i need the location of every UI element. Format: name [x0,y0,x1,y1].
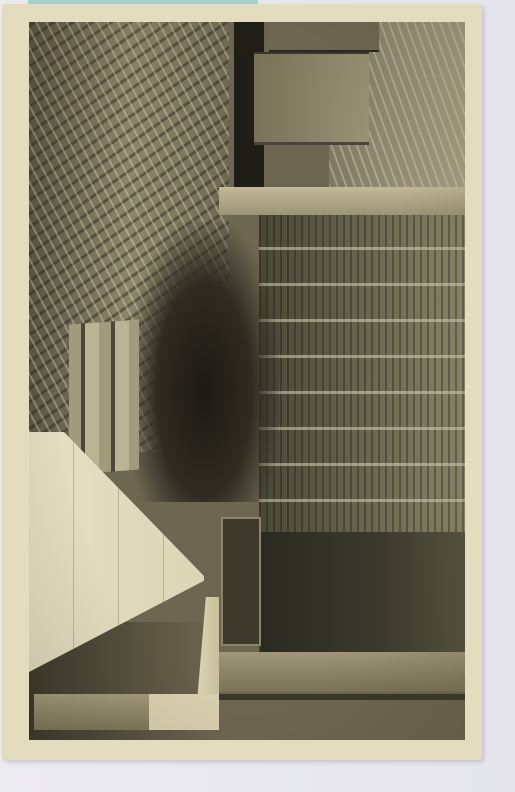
vignette [29,22,465,740]
postcard [2,4,482,760]
sepia-photograph [29,22,465,740]
